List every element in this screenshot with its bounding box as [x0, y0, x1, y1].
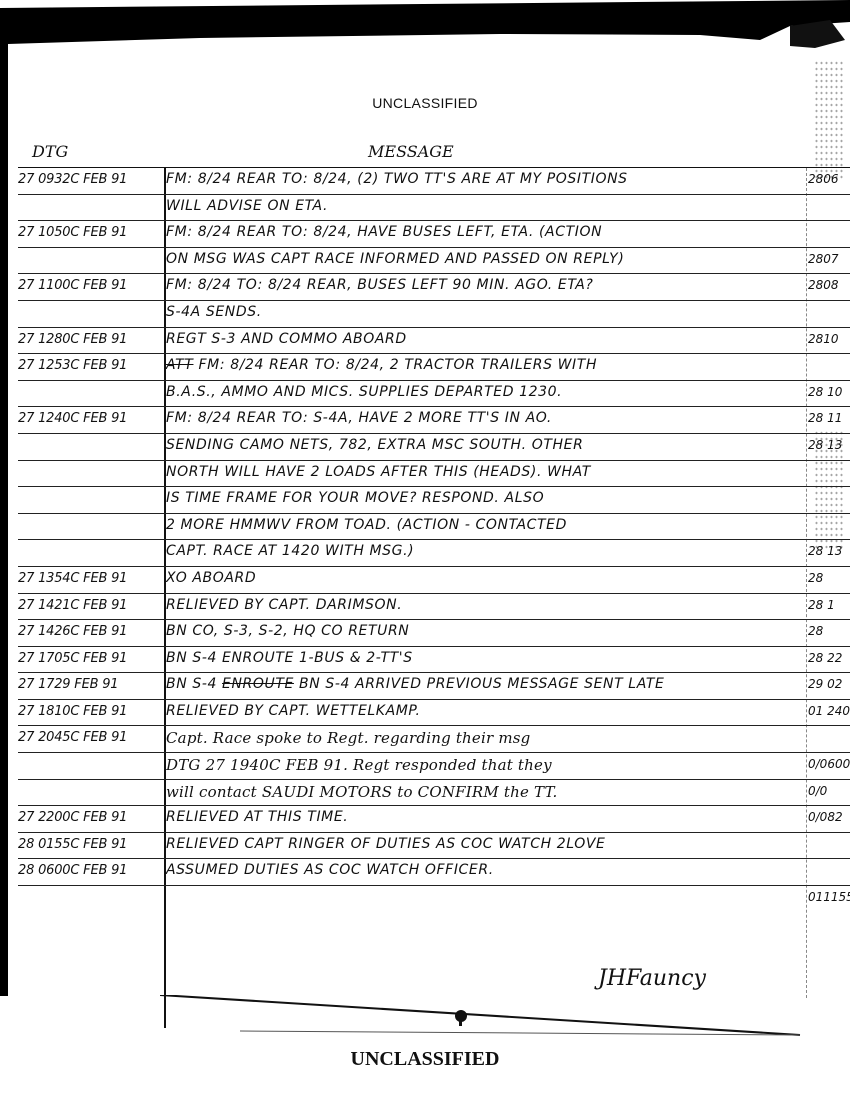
log-row: ON MSG WAS CAPT RACE INFORMED AND PASSED… — [18, 248, 850, 275]
log-row: DTG 27 1940C FEB 91. Regt responded that… — [18, 753, 850, 780]
message-cell: FM: 8/24 REAR TO: S-4A, HAVE 2 MORE TT'S… — [166, 410, 806, 426]
message-cell: XO ABOARD — [166, 570, 806, 586]
struck-text: ATT — [166, 357, 193, 373]
log-row: B.A.S., AMMO AND MICS. SUPPLIES DEPARTED… — [18, 381, 850, 408]
message-text: BN S-4 ARRIVED PREVIOUS MESSAGE SENT LAT… — [299, 676, 664, 692]
log-row: 27 0932C FEB 91FM: 8/24 REAR TO: 8/24, (… — [18, 168, 850, 195]
dtg-cell: 27 1280C FEB 91 — [18, 332, 158, 347]
dtg-cell: 27 1705C FEB 91 — [18, 651, 158, 666]
classification-footer: UNCLASSIFIED — [0, 1048, 850, 1071]
log-header-row: DTG MESSAGE — [18, 140, 850, 168]
dtg-cell: 27 1729 FEB 91 — [18, 677, 158, 692]
message-cell: will contact SAUDI MOTORS to CONFIRM the… — [166, 783, 806, 801]
log-row: S-4A SENDS. — [18, 301, 850, 328]
margin-cell: 011155 — [808, 890, 850, 904]
margin-cell: 01 2402 — [808, 704, 850, 718]
signature: JHFauncy — [598, 966, 706, 991]
dtg-column-header: DTG — [32, 142, 68, 161]
message-cell: ATT FM: 8/24 REAR TO: 8/24, 2 TRACTOR TR… — [166, 357, 806, 373]
message-cell: FM: 8/24 TO: 8/24 REAR, BUSES LEFT 90 MI… — [166, 277, 806, 293]
message-cell: RELIEVED AT THIS TIME. — [166, 809, 806, 825]
margin-cell: 29 02 — [808, 677, 850, 691]
log-row: 27 1280C FEB 91REGT S-3 AND COMMO ABOARD… — [18, 328, 850, 355]
margin-cell: 2810 — [808, 332, 850, 346]
dtg-cell: 28 0155C FEB 91 — [18, 837, 158, 852]
dtg-cell: 27 0932C FEB 91 — [18, 172, 158, 187]
margin-cell: 2808 — [808, 278, 850, 292]
message-text: FM: 8/24 REAR TO: 8/24, 2 TRACTOR TRAILE… — [199, 357, 598, 373]
dtg-cell: 27 1100C FEB 91 — [18, 278, 158, 293]
log-row: 27 1253C FEB 91ATT FM: 8/24 REAR TO: 8/2… — [18, 354, 850, 381]
margin-cell: 2806 — [808, 172, 850, 186]
log-row: WILL ADVISE ON ETA. — [18, 195, 850, 222]
log-row: SENDING CAMO NETS, 782, EXTRA MSC SOUTH.… — [18, 434, 850, 461]
message-cell: S-4A SENDS. — [166, 304, 806, 320]
log-row: 011155 — [18, 886, 850, 912]
message-cell: RELIEVED BY CAPT. WETTELKAMP. — [166, 703, 806, 719]
dtg-cell: 27 1421C FEB 91 — [18, 598, 158, 613]
log-row: will contact SAUDI MOTORS to CONFIRM the… — [18, 780, 850, 807]
margin-cell: 28 10 — [808, 385, 850, 399]
dtg-cell: 28 0600C FEB 91 — [18, 863, 158, 878]
message-cell: DTG 27 1940C FEB 91. Regt responded that… — [166, 756, 806, 774]
log-row: NORTH WILL HAVE 2 LOADS AFTER THIS (HEAD… — [18, 461, 850, 488]
message-cell: NORTH WILL HAVE 2 LOADS AFTER THIS (HEAD… — [166, 464, 806, 480]
struck-text: ENROUTE — [222, 676, 294, 692]
log-row: 27 1050C FEB 91FM: 8/24 REAR TO: 8/24, H… — [18, 221, 850, 248]
log-row: 28 0155C FEB 91RELIEVED CAPT RINGER of D… — [18, 833, 850, 860]
dtg-cell: 27 1810C FEB 91 — [18, 704, 158, 719]
message-cell: CAPT. RACE AT 1420 WITH MSG.) — [166, 543, 806, 559]
message-cell: 2 MORE HMMWV FROM TOAD. (ACTION - CONTAC… — [166, 517, 806, 533]
margin-cell: 28 — [808, 624, 850, 638]
log-row: 27 2045C FEB 91Capt. Race spoke to Regt.… — [18, 726, 850, 753]
log-row: 27 1705C FEB 91BN S-4 ENROUTE 1-BUS & 2-… — [18, 647, 850, 674]
message-text: BN S-4 — [166, 676, 222, 692]
log-row: IS TIME FRAME FOR YOUR MOVE? RESPOND. AL… — [18, 487, 850, 514]
scan-shadow-icon — [0, 0, 850, 60]
message-cell: Capt. Race spoke to Regt. regarding thei… — [166, 729, 806, 747]
message-cell: IS TIME FRAME FOR YOUR MOVE? RESPOND. AL… — [166, 490, 806, 506]
log-row: 27 1426C FEB 91BN CO, S-3, S-2, HQ CO RE… — [18, 620, 850, 647]
message-cell: B.A.S., AMMO AND MICS. SUPPLIES DEPARTED… — [166, 384, 806, 400]
margin-cell: 28 22 — [808, 651, 850, 665]
message-cell: RELIEVED BY CAPT. DARIMSON. — [166, 597, 806, 613]
log-row: 2 MORE HMMWV FROM TOAD. (ACTION - CONTAC… — [18, 514, 850, 541]
message-cell: FM: 8/24 REAR TO: 8/24, (2) TWO TT'S ARE… — [166, 171, 806, 187]
log-row: 27 1729 FEB 91BN S-4 ENROUTE BN S-4 ARRI… — [18, 673, 850, 700]
log-row: CAPT. RACE AT 1420 WITH MSG.)28 13 — [18, 540, 850, 567]
margin-cell: 0/0600 — [808, 757, 850, 771]
margin-cell: 28 — [808, 571, 850, 585]
margin-cell: 28 13 — [808, 438, 850, 452]
scan-top-edge — [0, 0, 850, 50]
message-cell: FM: 8/24 REAR TO: 8/24, HAVE BUSES LEFT,… — [166, 224, 806, 240]
dtg-cell: 27 1354C FEB 91 — [18, 571, 158, 586]
dtg-cell: 27 2200C FEB 91 — [18, 810, 158, 825]
margin-cell: 0/082 — [808, 810, 850, 824]
scan-left-edge — [0, 36, 8, 996]
log-row: 27 1354C FEB 91XO ABOARD28 — [18, 567, 850, 594]
log-row: 27 1100C FEB 91FM: 8/24 TO: 8/24 REAR, B… — [18, 274, 850, 301]
margin-cell: 28 13 — [808, 544, 850, 558]
message-cell: BN S-4 ENROUTE BN S-4 ARRIVED PREVIOUS M… — [166, 676, 806, 692]
message-cell: WILL ADVISE ON ETA. — [166, 198, 806, 214]
message-cell: BN CO, S-3, S-2, HQ CO RETURN — [166, 623, 806, 639]
message-cell: BN S-4 ENROUTE 1-BUS & 2-TT'S — [166, 650, 806, 666]
margin-cell: 2807 — [808, 252, 850, 266]
message-cell: SENDING CAMO NETS, 782, EXTRA MSC SOUTH.… — [166, 437, 806, 453]
margin-cell: 28 11 — [808, 411, 850, 425]
margin-cell: 0/0 — [808, 784, 850, 798]
dtg-cell: 27 1240C FEB 91 — [18, 411, 158, 426]
classification-header: UNCLASSIFIED — [0, 95, 850, 111]
message-cell: ASSUMED DUTIES AS COC WATCH OFFICER. — [166, 862, 806, 878]
stamp-icon — [452, 1008, 470, 1026]
dtg-cell: 27 1050C FEB 91 — [18, 225, 158, 240]
log-row: 27 2200C FEB 91RELIEVED AT THIS TIME.0/0… — [18, 806, 850, 833]
log-row: 27 1810C FEB 91RELIEVED BY CAPT. WETTELK… — [18, 700, 850, 727]
message-column-header: MESSAGE — [368, 142, 454, 161]
message-log: DTG MESSAGE 27 0932C FEB 91FM: 8/24 REAR… — [18, 140, 850, 912]
dtg-cell: 27 2045C FEB 91 — [18, 730, 158, 745]
message-cell: REGT S-3 AND COMMO ABOARD — [166, 331, 806, 347]
log-row: 27 1421C FEB 91RELIEVED BY CAPT. DARIMSO… — [18, 594, 850, 621]
dtg-cell: 27 1426C FEB 91 — [18, 624, 158, 639]
message-cell: RELIEVED CAPT RINGER of DUTIES AS COC WA… — [166, 836, 806, 852]
log-row: 28 0600C FEB 91ASSUMED DUTIES AS COC WAT… — [18, 859, 850, 886]
message-cell: ON MSG WAS CAPT RACE INFORMED AND PASSED… — [166, 251, 806, 267]
dtg-cell: 27 1253C FEB 91 — [18, 358, 158, 373]
log-row: 27 1240C FEB 91FM: 8/24 REAR TO: S-4A, H… — [18, 407, 850, 434]
margin-cell: 28 1 — [808, 598, 850, 612]
